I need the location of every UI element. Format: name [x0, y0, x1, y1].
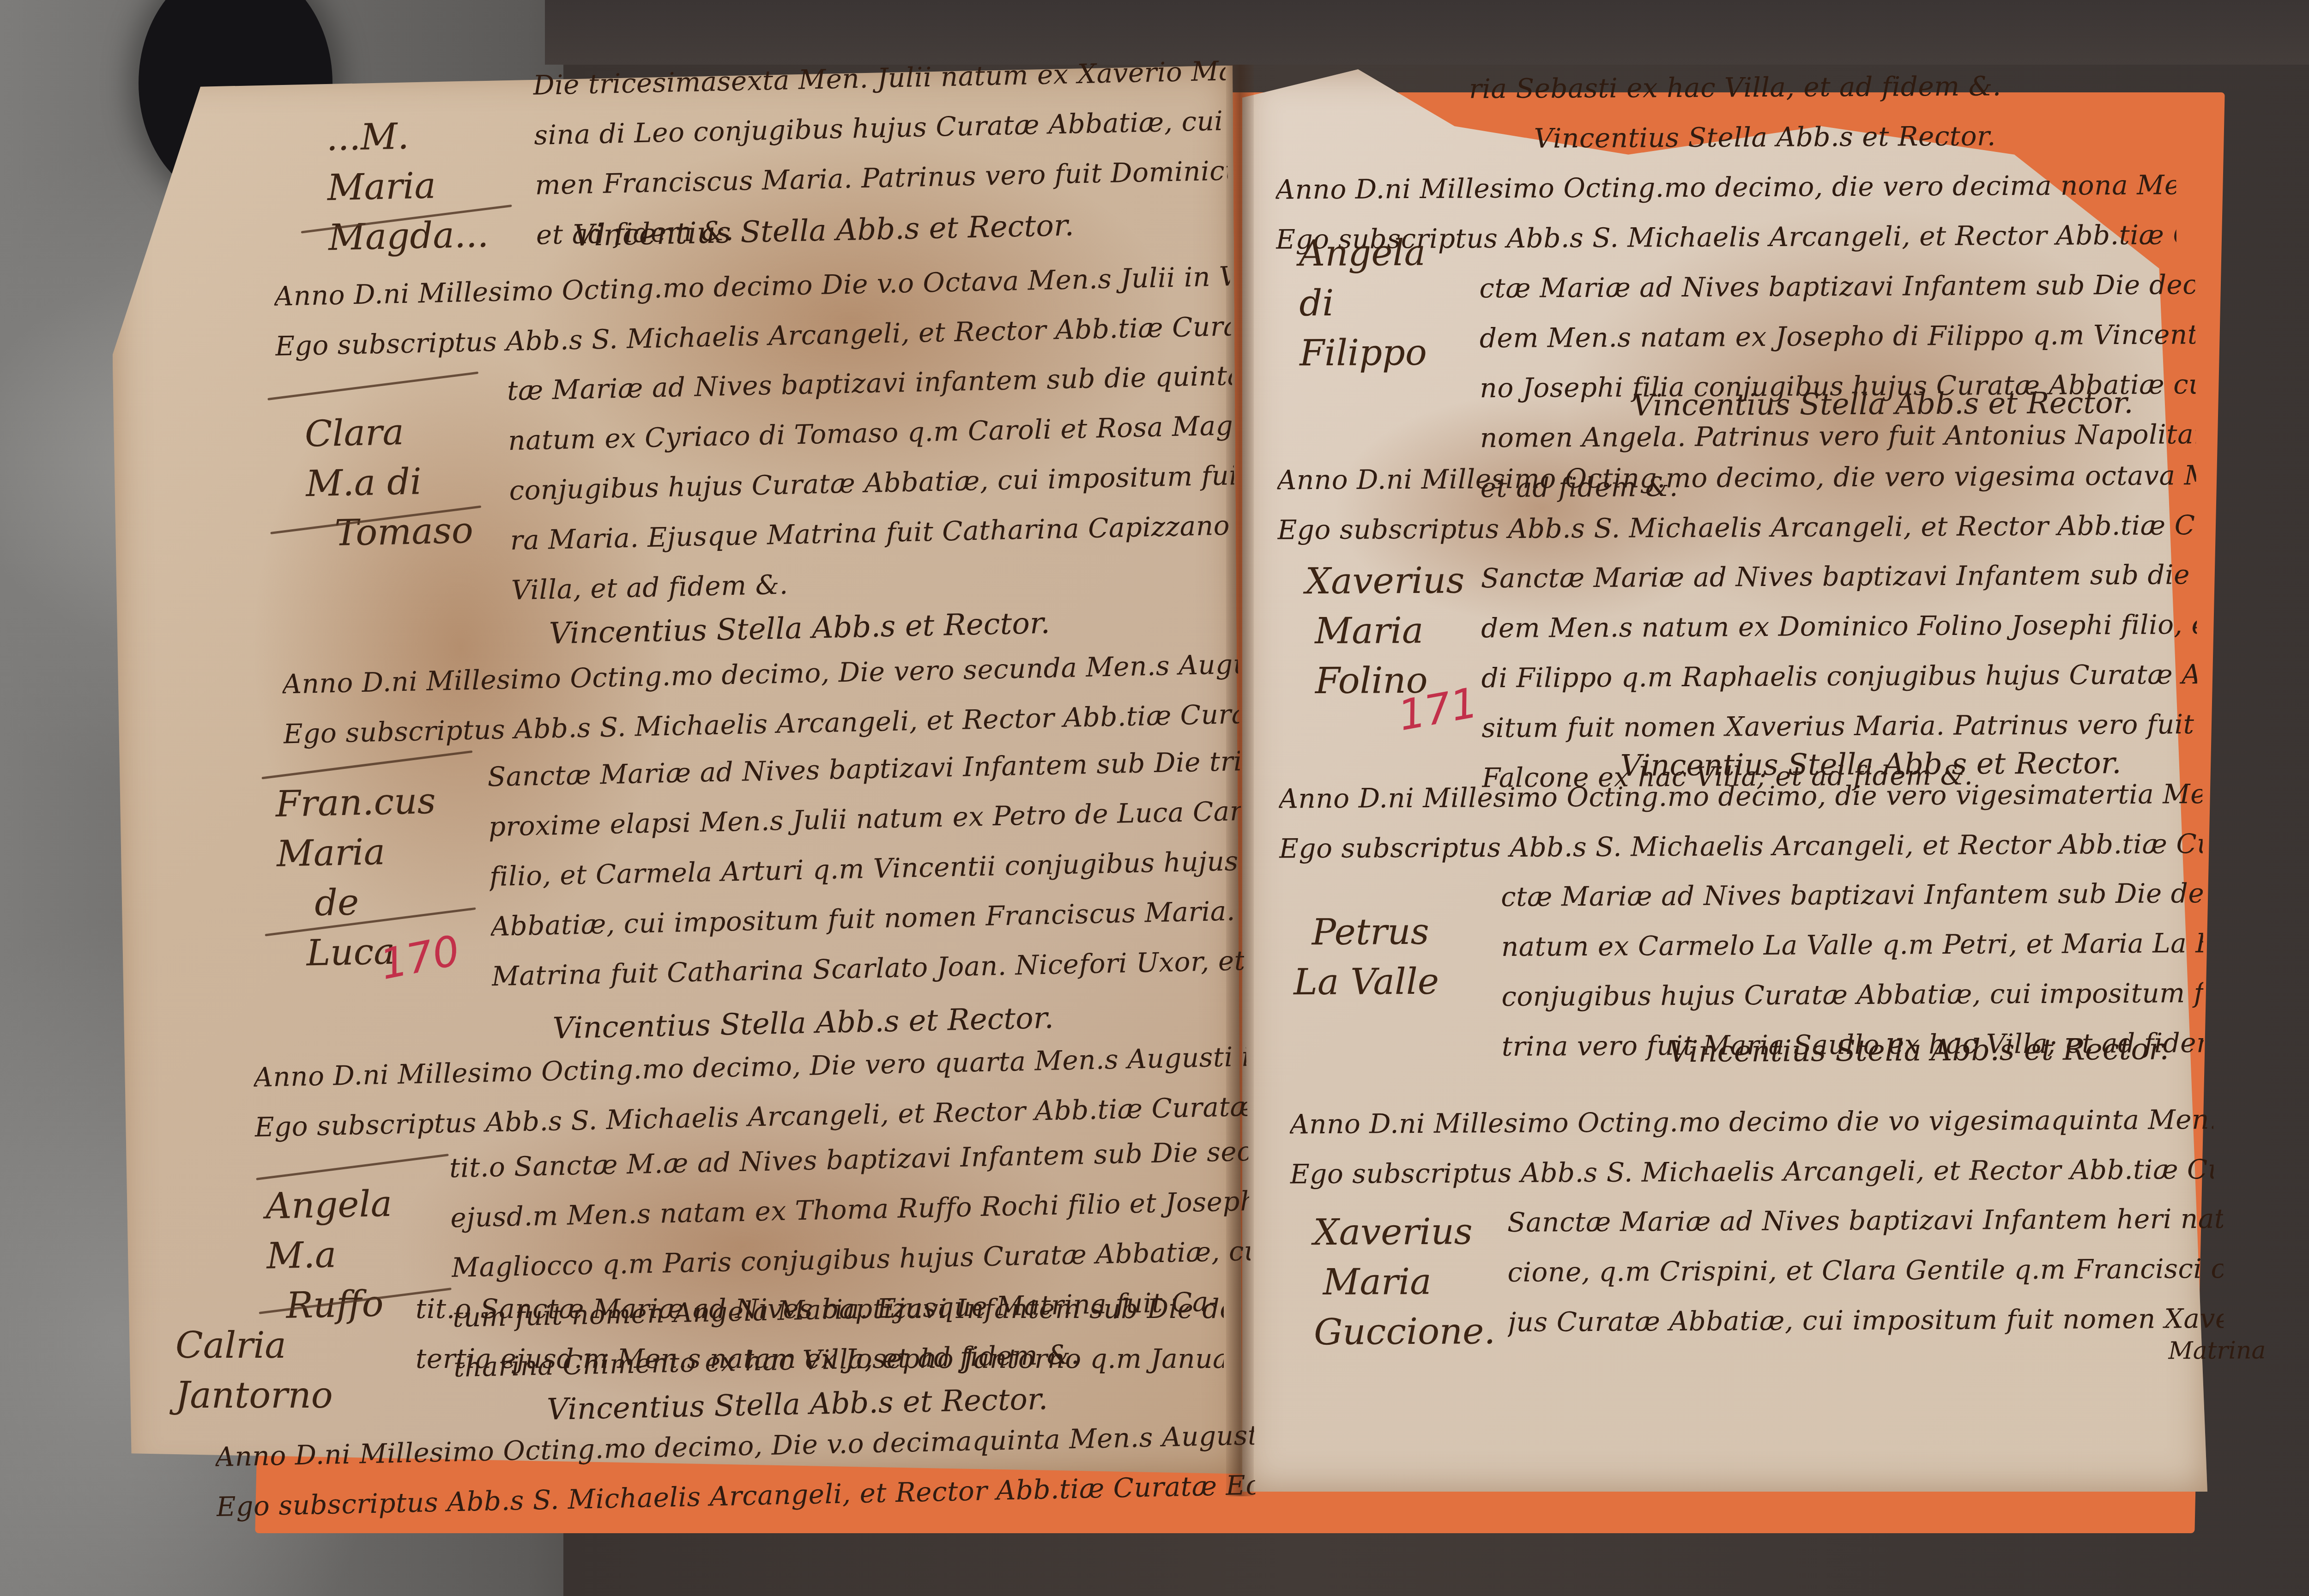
- text-line: Anno D.ni Millesimo Octing.mo decimo die…: [1290, 1094, 2214, 1149]
- text-line: Sanctæ Mariæ ad Nives baptizavi Infantem…: [1507, 1194, 2224, 1247]
- margin-name-line: Petrus: [1293, 907, 1446, 958]
- text-line: jus Curatæ Abbatiæ, cui impositum fuit n…: [1508, 1294, 2224, 1347]
- text-line: cione, q.m Crispini, et Clara Gentile q.…: [1507, 1244, 2224, 1297]
- text-line: Sanctæ Mariæ ad Nives baptizavi Infantem…: [1481, 550, 2197, 603]
- text-line: Anno D.ni Millesimo Octing.mo decimo, di…: [1275, 160, 2176, 214]
- text-line: dem Men.s natam ex Josepho di Filippo q.…: [1480, 309, 2196, 363]
- entry-text: Anno D.ni Millesimo Octing.mo decimo die…: [1290, 1094, 2214, 1199]
- text-line: natum ex Carmelo La Valle q.m Petri, et …: [1501, 918, 2203, 972]
- text-line: Ego subscriptus Abb.s S. Michaelis Arcan…: [1279, 819, 2203, 873]
- text-line: dem Men.s natum ex Dominico Folino Josep…: [1481, 599, 2197, 653]
- margin-name-line: La Valle: [1294, 957, 1446, 1008]
- margin-name-line: Maria: [1306, 605, 1458, 656]
- entry-text: Sanctæ Mariæ ad Nives baptizavi Infantem…: [1507, 1194, 2224, 1347]
- margin-name-line: Guccione.: [1314, 1306, 1467, 1357]
- margin-name-line: Xaverius: [1313, 1207, 1466, 1257]
- text-line: Anno D.ni Millesimo Octing.mo decimo, di…: [1277, 450, 2196, 505]
- entry-text: Anno D.ni Millesimo Octing.mo decimo, di…: [1279, 769, 2203, 873]
- margin-name-line: Angela di: [1299, 228, 1452, 329]
- rector-signature: Vincentius Stella Abb.s et Rector.: [1632, 386, 2133, 423]
- margin-name-line: Xaverius: [1305, 556, 1458, 606]
- text-line: conjugibus hujus Curatæ Abbatiæ, cui imp…: [1501, 968, 2204, 1022]
- text-line: Anno D.ni Millesimo Octing.mo decimo, di…: [1279, 769, 2203, 823]
- text-line: situm fuit nomen Xaverius Maria. Patrinu…: [1481, 699, 2198, 753]
- text-line: di Filippo q.m Raphaelis conjugibus huju…: [1481, 649, 2197, 703]
- rector-signature: Vincentius Stella Abb.s et Rector.: [1668, 1032, 2169, 1069]
- text-line: Ego subscriptus Abb.s S. Michaelis Arcan…: [1277, 500, 2197, 555]
- margin-name: Xaverius Maria Folino: [1305, 556, 1458, 706]
- text-line: ria Sebasti ex hac Villa, et ad fidem &.: [1275, 60, 2176, 115]
- text-line: Ego subscriptus Abb.s S. Michaelis Arcan…: [1290, 1144, 2214, 1199]
- text-line: ctæ Mariæ ad Nives baptizavi Infantem su…: [1479, 260, 2195, 313]
- right-page-content: ria Sebasti ex hac Villa, et ad fidem &.…: [0, 0, 2309, 1596]
- text-line: ctæ Mariæ ad Nives baptizavi Infantem su…: [1501, 868, 2203, 922]
- margin-name: Xaverius Maria Guccione.: [1313, 1207, 1467, 1357]
- entry-text: Anno D.ni Millesimo Octing.mo decimo, di…: [1277, 450, 2196, 555]
- margin-name-line: Filippo: [1300, 328, 1452, 379]
- margin-name: Petrus La Valle: [1293, 907, 1446, 1008]
- text-line: Vincentius Stella Abb.s et Rector.: [1275, 110, 2176, 164]
- margin-name-line: Maria: [1313, 1257, 1466, 1307]
- catchword: Matrina: [2168, 1336, 2266, 1365]
- margin-name: Angela di Filippo: [1299, 228, 1452, 379]
